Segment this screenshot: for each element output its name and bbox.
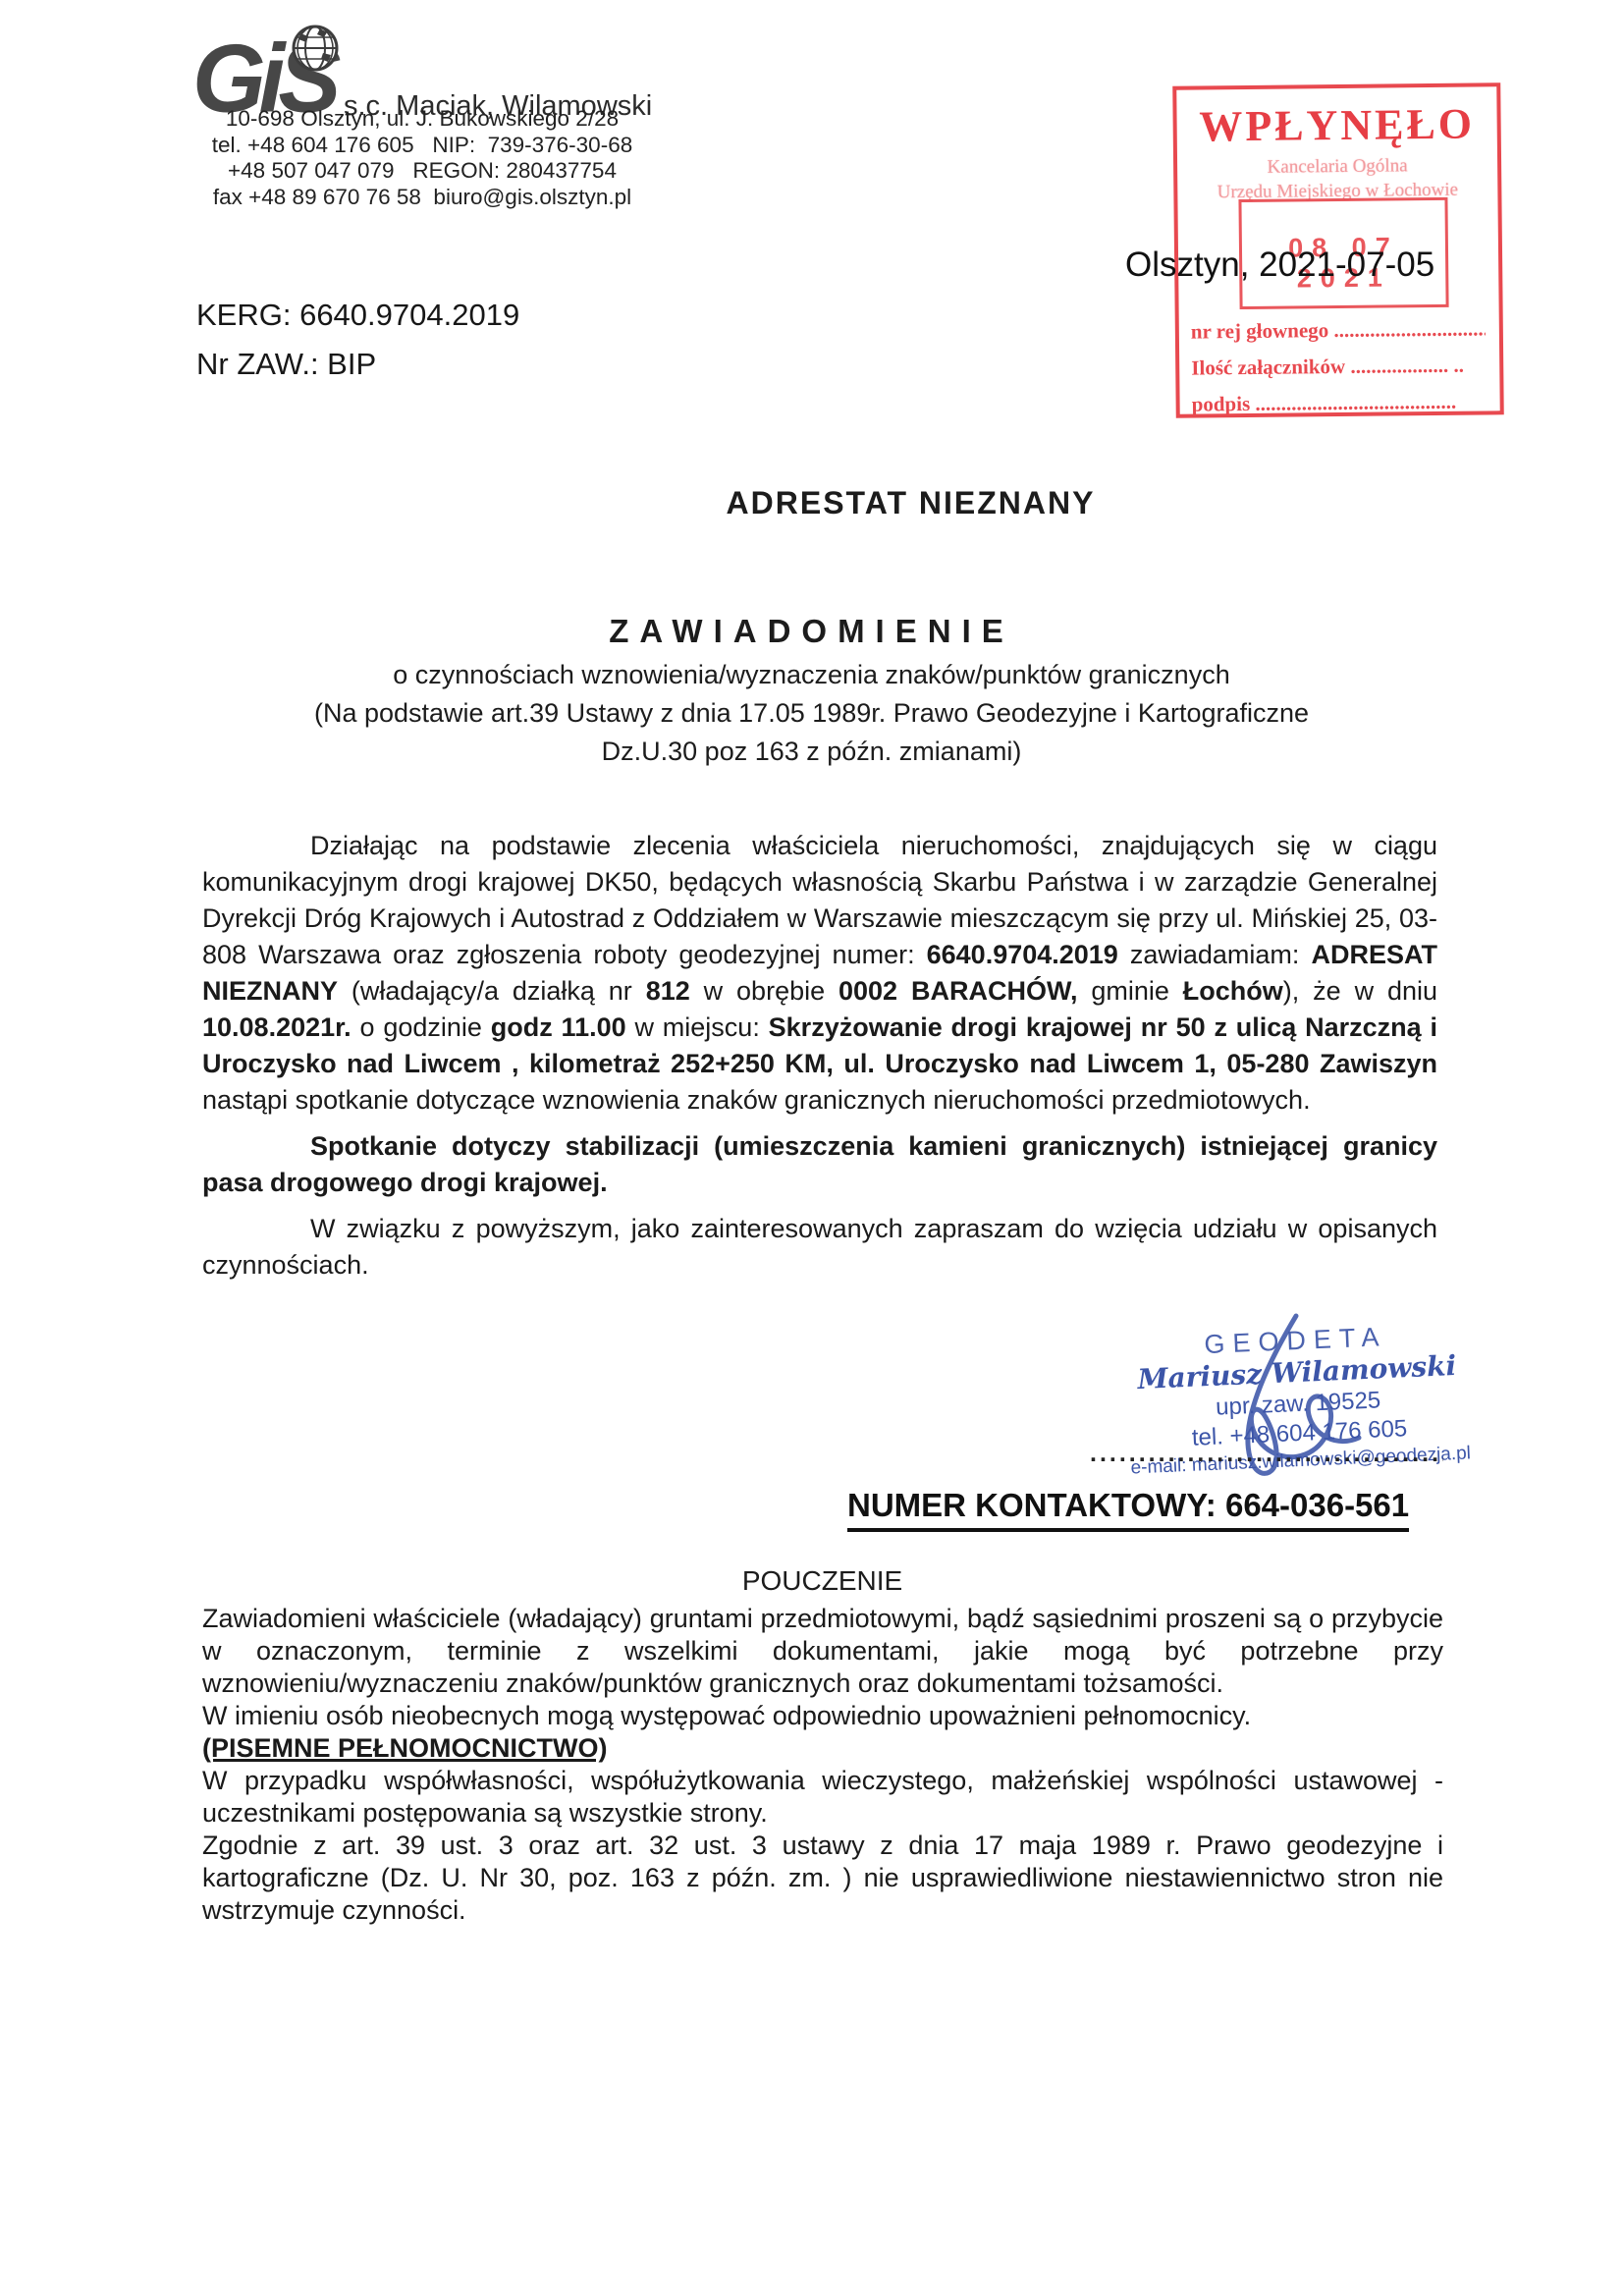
body-paragraph-2: Spotkanie dotyczy stabilizacji (umieszcz… — [202, 1128, 1437, 1201]
received-stamp-title: WPŁYNĘŁO — [1176, 98, 1497, 151]
letterhead-phone-nip: tel. +48 604 176 605 NIP: 739-376-30-68 — [147, 133, 697, 159]
pouczenie-body: Zawiadomieni właściciele (władający) gru… — [202, 1603, 1443, 1927]
place-and-date: Olsztyn, 2021-07-05 — [1125, 246, 1434, 285]
signature-dotted-line: ...................................... — [1090, 1440, 1443, 1468]
pouczenie-paragraph-4: W przypadku współwłasności, współużytkow… — [202, 1765, 1443, 1830]
pouczenie-paragraph-3: (PISEMNE PEŁNOMOCNICTWO) — [202, 1732, 1443, 1765]
received-stamp-attachments-row: Ilość załączników ................... .. — [1191, 353, 1486, 380]
letterhead-fax-email: fax +48 89 670 76 58 biuro@gis.olsztyn.p… — [147, 185, 697, 211]
notice-title: ZAWIADOMIENIE — [0, 613, 1623, 650]
globe-icon — [291, 24, 340, 73]
letterhead-address: 10-698 Olsztyn, ul. J. Bukowskiego 2/28 — [147, 106, 697, 133]
notice-body: Działając na podstawie zlecenia właścici… — [202, 828, 1437, 1284]
body-paragraph-3: W związku z powyższym, jako zainteresowa… — [202, 1211, 1437, 1284]
pouczenie-heading: POUCZENIE — [0, 1565, 1623, 1597]
notice-subtitle-1: o czynnościach wznowienia/wyznaczenia zn… — [0, 660, 1623, 690]
received-stamp-office-line1: Kancelaria Ogólna — [1177, 152, 1497, 180]
body-paragraph-1: Działając na podstawie zlecenia właścici… — [202, 828, 1437, 1119]
recipient-line: ADRESTAT NIEZNANY — [99, 485, 1623, 521]
kerg-number: KERG: 6640.9704.2019 — [196, 291, 519, 340]
letterhead-address-block: 10-698 Olsztyn, ul. J. Bukowskiego 2/28 … — [147, 106, 697, 210]
letterhead: GiS s.c. Maciak, Wilamowski 10-698 Olszt… — [147, 39, 717, 149]
reference-numbers: KERG: 6640.9704.2019 Nr ZAW.: BIP — [196, 291, 519, 389]
scanned-notice-document: GiS s.c. Maciak, Wilamowski 10-698 Olszt… — [0, 0, 1623, 2296]
notice-subtitle-2: (Na podstawie art.39 Ustawy z dnia 17.05… — [0, 698, 1623, 729]
received-stamp-reg-number-row: nr rej głownego ........................… — [1191, 316, 1486, 344]
pouczenie-paragraph-2: W imieniu osób nieobecnych mogą występow… — [202, 1700, 1443, 1732]
received-stamp-office: Kancelaria Ogólna Urzędu Miejskiego w Ło… — [1177, 152, 1498, 204]
letterhead-phone-regon: +48 507 047 079 REGON: 280437754 — [147, 158, 697, 185]
pouczenie-paragraph-5: Zgodnie z art. 39 ust. 3 oraz art. 32 us… — [202, 1830, 1443, 1927]
received-stamp-signature-row: podpis .................................… — [1192, 389, 1487, 416]
notice-subtitle-3: Dz.U.30 poz 163 z późn. zmianami) — [0, 737, 1623, 767]
contact-number-line: NUMER KONTAKTOWY: 664-036-561 — [847, 1487, 1409, 1532]
zaw-number: Nr ZAW.: BIP — [196, 340, 519, 389]
pouczenie-paragraph-1: Zawiadomieni właściciele (władający) gru… — [202, 1603, 1443, 1700]
